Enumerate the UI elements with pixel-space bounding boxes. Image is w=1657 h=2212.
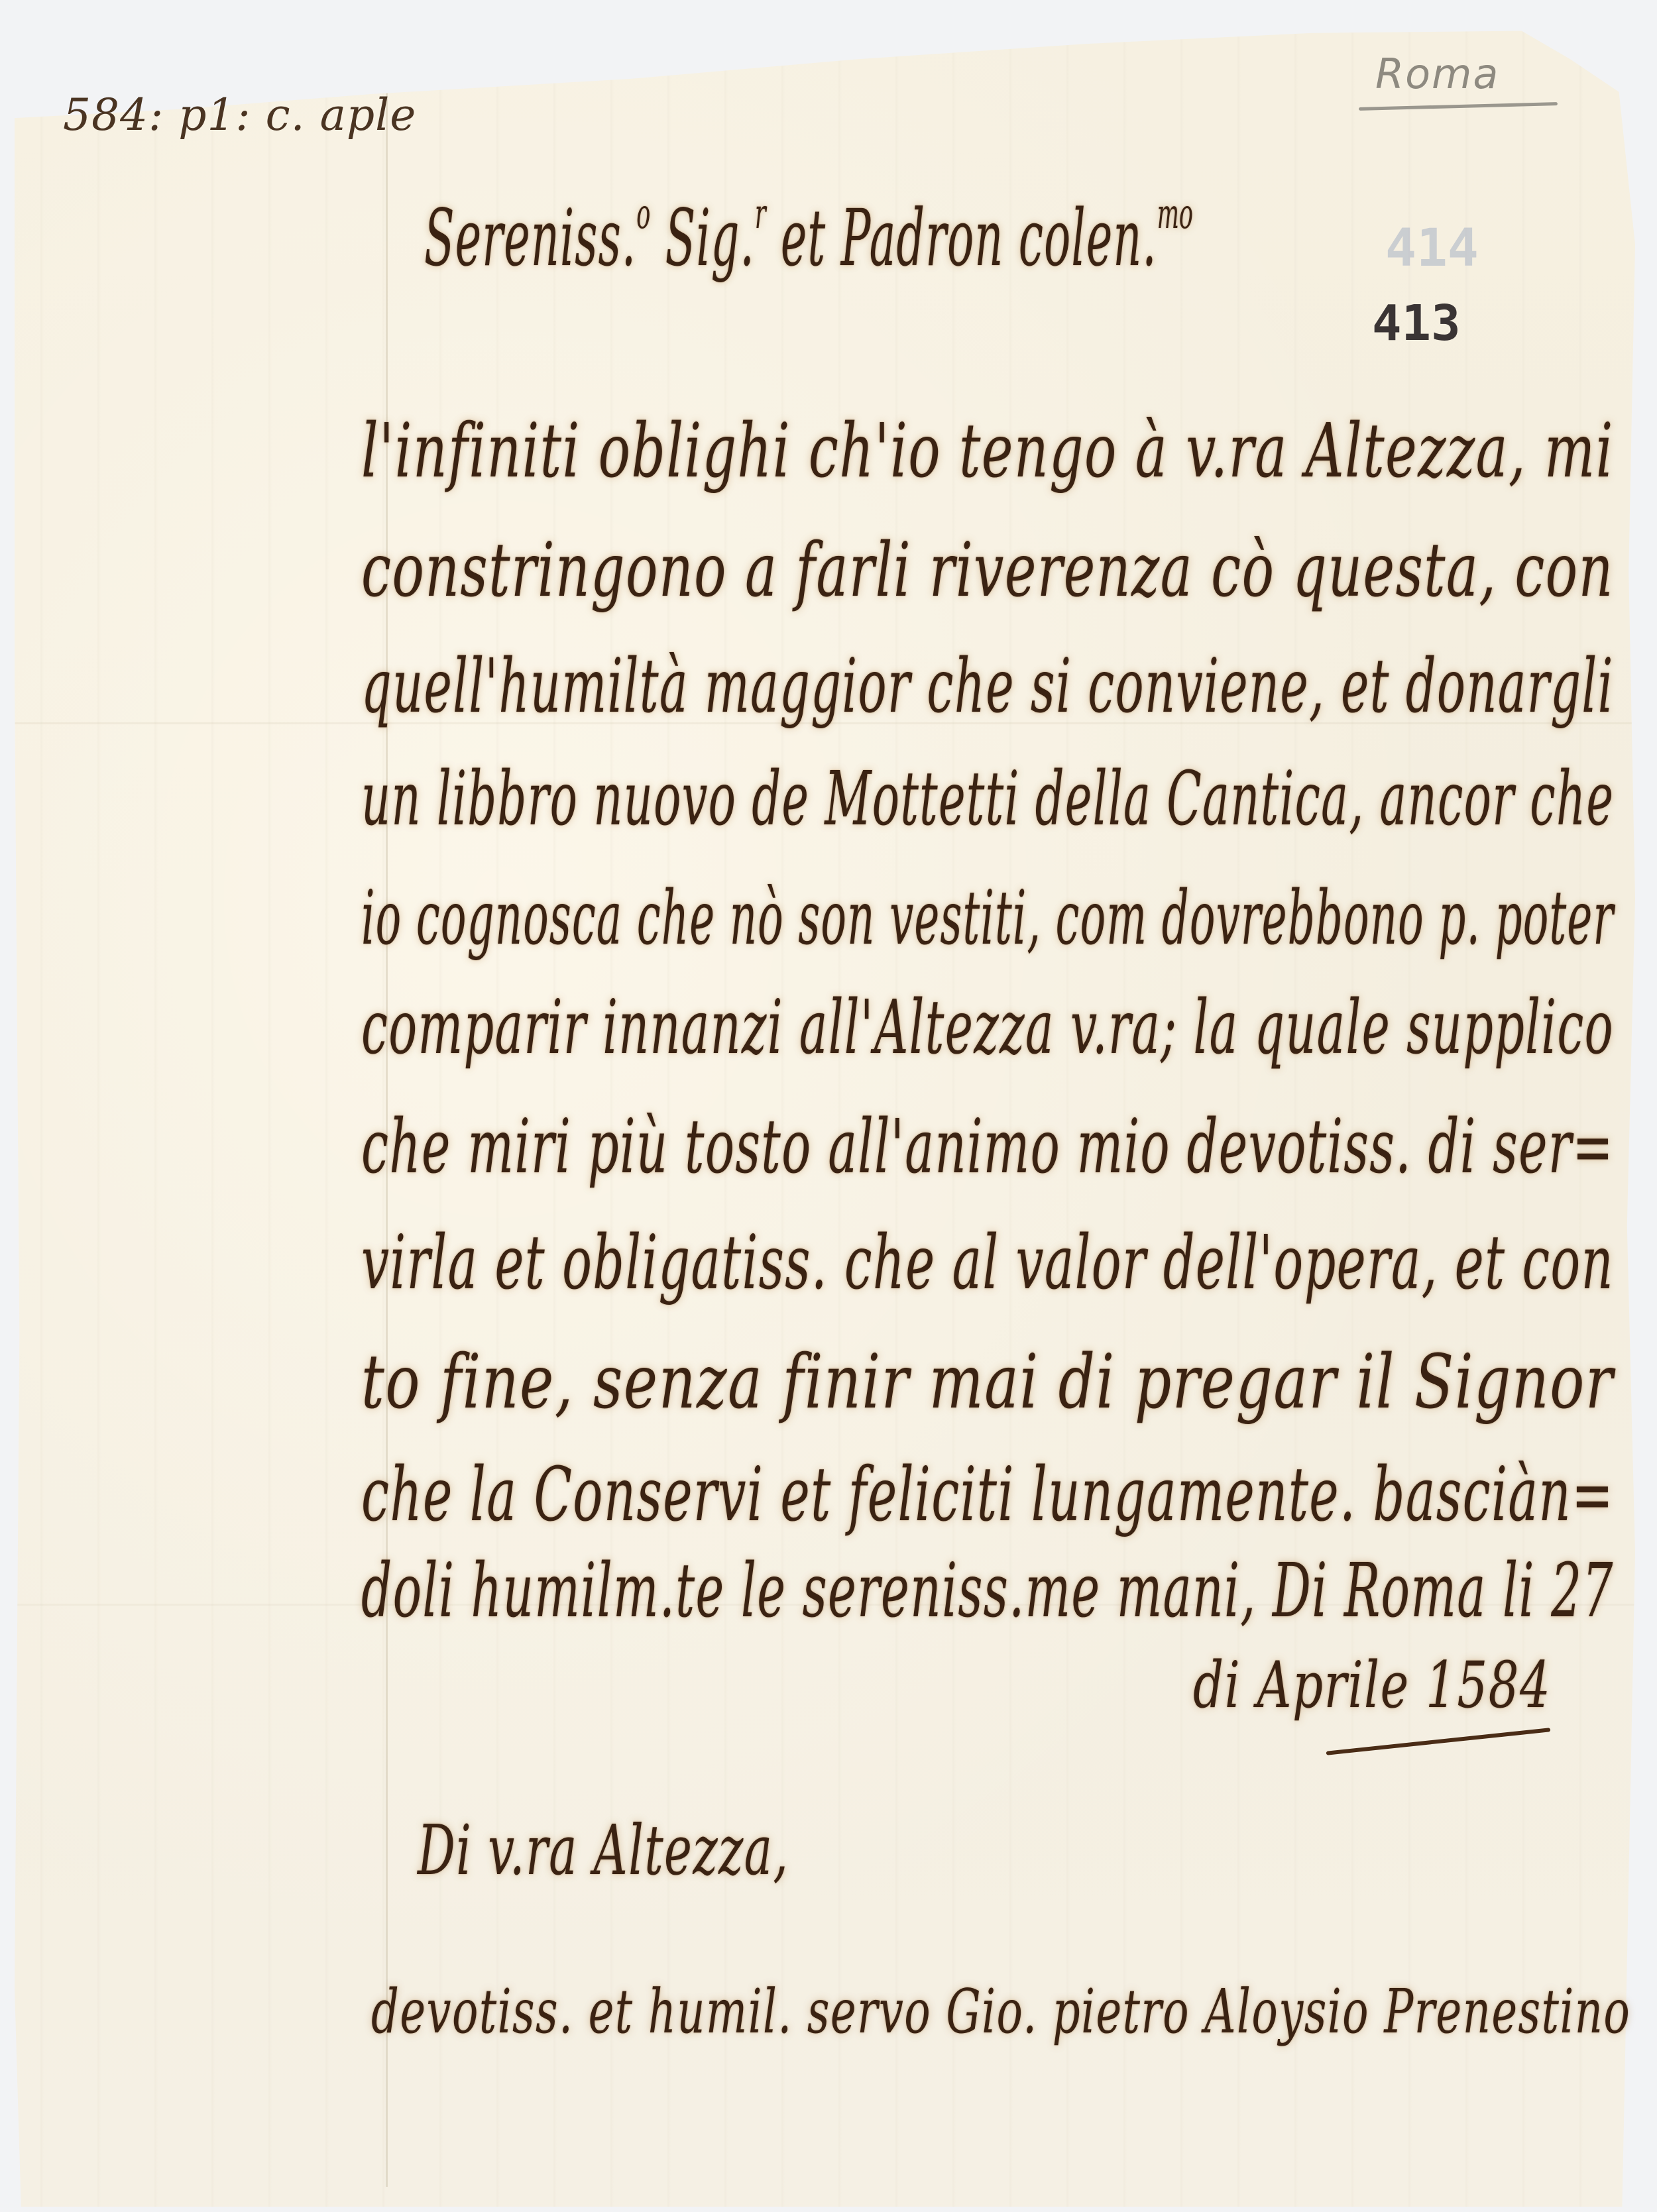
salutation-part: et Padron colen. [766,192,1157,284]
salutation-part: Sereniss. [424,192,636,284]
body-line: che la Conservi et feliciti lungamente. … [361,1458,1614,1532]
salutation: Sereniss.o Sig.r et Padron colen.mo [424,192,1193,284]
docket-note: 584: p1: c. aple [63,89,416,140]
date-line: di Aprile 1584 [1193,1653,1551,1717]
salutation-part: Sig. [650,192,755,284]
closing-address: Di v.ra Altezza, [418,1816,789,1885]
place-annotation: Roma [1375,50,1499,98]
body-line: un libbro nuovo de Mottetti della Cantic… [361,762,1614,836]
body-line: virla et obligatiss. che al valor dell'o… [361,1226,1614,1300]
body-line: l'infiniti oblighi ch'io tengo à v.ra Al… [361,414,1614,488]
folio-number: 413 [1372,295,1461,352]
salutation-superscript: o [636,190,650,238]
signature: devotiss. et humil. servo Gio. pietro Al… [371,1981,1630,2042]
body-line: to fine, senza finir mai di pregar il Si… [361,1345,1614,1419]
body-line: doli humilm.te le sereniss.me mani, Di R… [361,1554,1614,1628]
body-line: quell'humiltà maggior che si conviene, e… [361,649,1614,724]
body-line: constringono a farli riverenza cò questa… [361,533,1614,608]
salutation-superscript: mo [1157,190,1193,238]
body-line: comparir innanzi all'Altezza v.ra; la qu… [361,991,1614,1065]
folio-number-old: 414 [1385,219,1479,278]
salutation-superscript: r [755,190,766,238]
body-line: che miri più tosto all'animo mio devotis… [361,1110,1614,1184]
body-line: io cognosca che nò son vestiti, com dovr… [361,881,1614,956]
